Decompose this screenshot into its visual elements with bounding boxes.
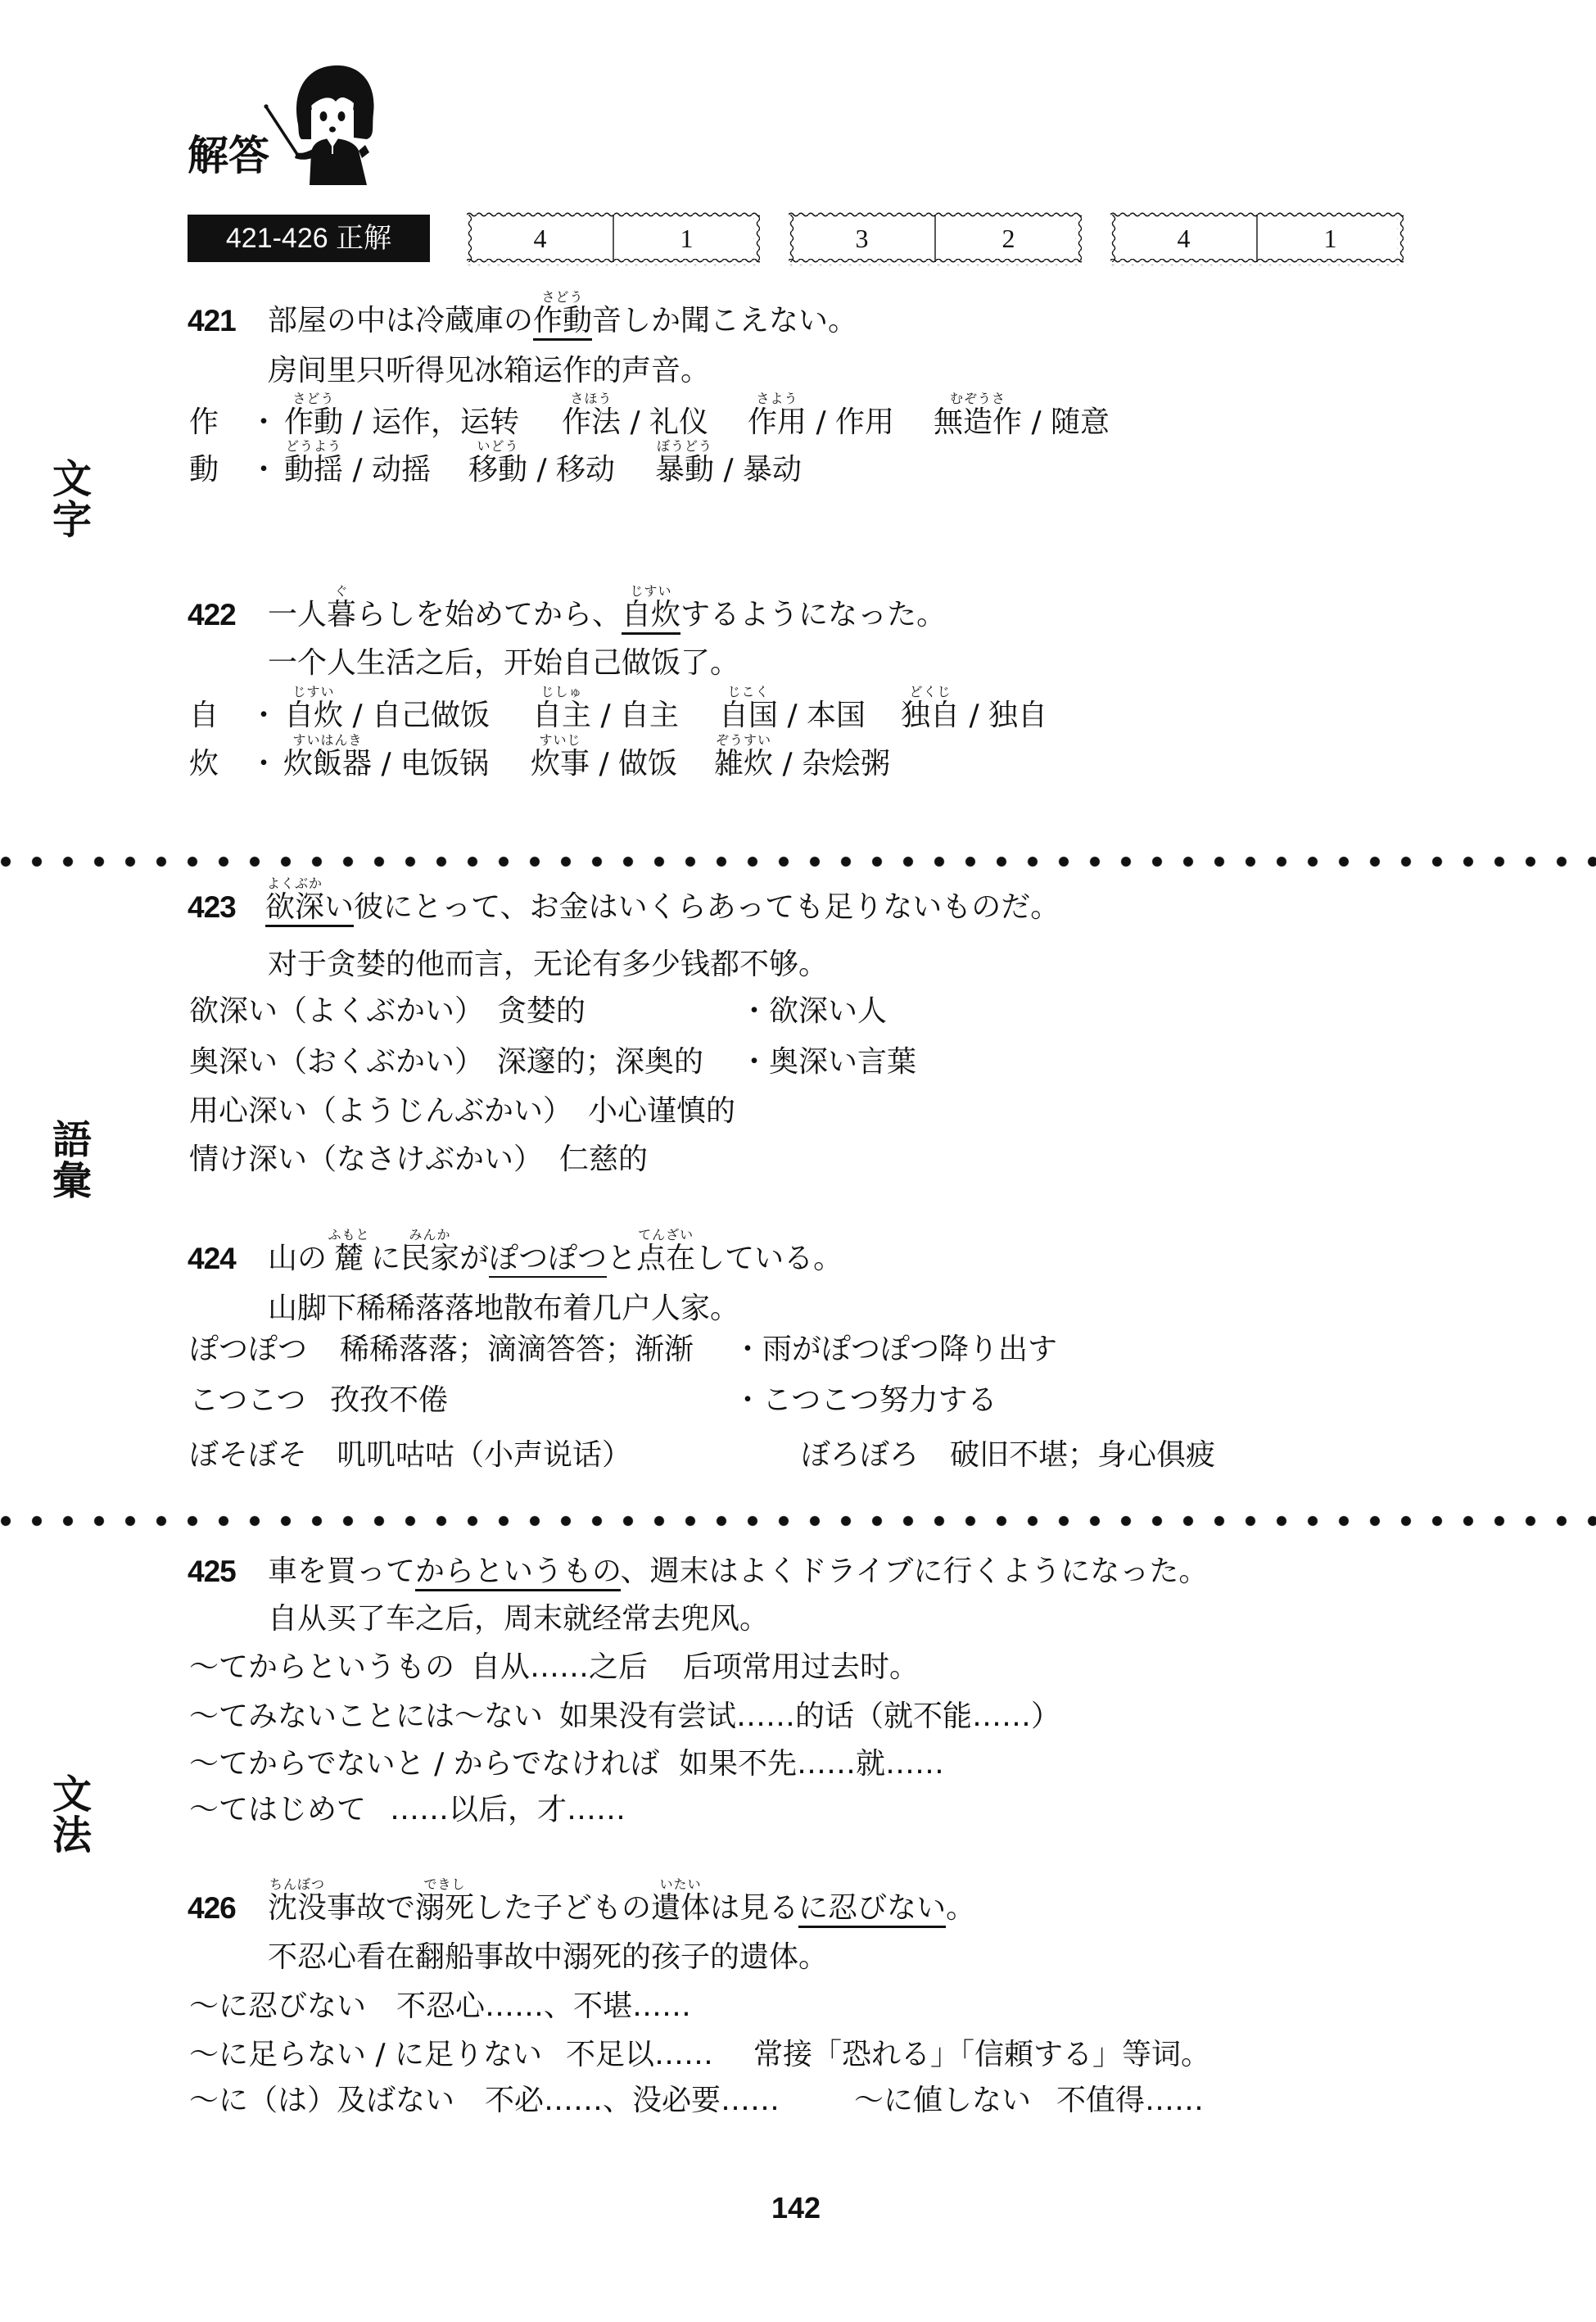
kanji-item: すいじ炊事 / 做饭 bbox=[531, 746, 677, 782]
vocab-example: ・奥深い言葉 bbox=[739, 1044, 916, 1080]
word: 沈没 bbox=[268, 1891, 327, 1925]
meaning: / 独自 bbox=[960, 699, 1047, 732]
kanji-item: どうよう動揺 / 动摇 bbox=[284, 452, 431, 488]
furigana: みんか bbox=[389, 1229, 471, 1242]
chinese-translation: 自从买了车之后，周末就经常去兜风。 bbox=[268, 1601, 769, 1637]
page-heading: 解答 bbox=[188, 131, 269, 180]
furigana: できし bbox=[404, 1878, 486, 1891]
grammar-meaning: 如果不先……就…… bbox=[679, 1746, 944, 1782]
kanji-item: いどう移動 / 移动 bbox=[468, 452, 615, 488]
question-number: 421 bbox=[188, 303, 236, 339]
answer-box-group-1: 4 1 bbox=[467, 211, 760, 265]
target-word: 欲深 bbox=[265, 890, 324, 924]
kanji-item: じすい自炊 / 自己做饭 bbox=[284, 698, 490, 734]
meaning: / 运作，运转 bbox=[343, 405, 519, 439]
meaning: / 随意 bbox=[1022, 405, 1110, 439]
sentence-text: が bbox=[459, 1242, 489, 1275]
sentence-text: に bbox=[371, 1242, 400, 1275]
vocab-meaning: 深邃的；深奥的 bbox=[497, 1044, 703, 1080]
word: 移動 bbox=[468, 453, 527, 487]
furigana: ふもと bbox=[315, 1229, 382, 1242]
grammar-meaning: 不忍心……、不堪…… bbox=[396, 1989, 691, 2025]
word: 点在 bbox=[636, 1242, 695, 1275]
vocab-word: 欲深い（よくぶかい） bbox=[189, 994, 484, 1030]
chinese-translation: 对于贪婪的他而言，无论有多少钱都不够。 bbox=[268, 947, 828, 983]
grammar-meaning: 如果没有尝试……的话（就不能……） bbox=[559, 1699, 1060, 1735]
grammar-meaning: ……以后，才…… bbox=[390, 1792, 626, 1828]
kanji-item: むぞうさ無造作 / 随意 bbox=[934, 405, 1110, 441]
furigana: さどう bbox=[522, 291, 604, 304]
furigana: じすい bbox=[610, 585, 692, 598]
vocab-word: ぼろぼろ bbox=[801, 1437, 919, 1473]
answer-422: 1 bbox=[613, 211, 760, 265]
bullet: ・ bbox=[249, 405, 278, 441]
kanji-item: さよう作用 / 作用 bbox=[748, 405, 894, 441]
teacher-mascot-icon bbox=[262, 61, 377, 187]
kanji-label: 動 bbox=[189, 452, 219, 488]
kanji-label: 炊 bbox=[189, 746, 219, 782]
vocab-meaning: 小心谨慎的 bbox=[588, 1093, 735, 1129]
bullet: ・ bbox=[249, 746, 278, 782]
grammar-meaning: 不必……、没必要…… bbox=[485, 2083, 780, 2119]
furigana: むぞうさ bbox=[922, 392, 1033, 405]
vocab-meaning: 稀稀落落；滴滴答答；渐渐 bbox=[340, 1332, 694, 1368]
meaning: / 动摇 bbox=[343, 453, 431, 487]
furigana: ちんぼつ bbox=[256, 1878, 338, 1891]
target-word: 作動 bbox=[533, 304, 592, 337]
section-label-vocabulary: 語彙 bbox=[51, 1120, 93, 1202]
furigana: すいはんき bbox=[272, 734, 383, 747]
word: 炊事 bbox=[531, 747, 590, 781]
bullet: ・ bbox=[249, 452, 278, 488]
grammar-meaning: 不值得…… bbox=[1056, 2083, 1204, 2119]
question-sentence: 山のふもと麓にみんか民家がぽつぽつとてんざい点在している。 bbox=[268, 1241, 843, 1277]
kanji-item: じこく自国 / 本国 bbox=[719, 698, 866, 734]
chinese-translation: 房间里只听得见冰箱运作的声音。 bbox=[268, 353, 710, 389]
underlined-target: さどう作動 bbox=[533, 304, 592, 341]
word: 暮 bbox=[327, 598, 356, 631]
question-sentence: 一人ぐ暮らしを始めてから、じすい自炊するようになった。 bbox=[268, 597, 946, 633]
grammar-note: 后项常用过去时。 bbox=[683, 1650, 919, 1686]
sentence-text: 部屋の中は冷蔵庫の bbox=[268, 304, 533, 337]
furigana: いどう bbox=[457, 440, 539, 453]
question-number: 423 bbox=[188, 889, 236, 926]
sentence-text: と bbox=[607, 1242, 636, 1275]
grammar-pattern: ～に忍びない bbox=[189, 1989, 366, 2025]
sentence-text: らしを始めてから、 bbox=[356, 598, 622, 631]
word: 自国 bbox=[719, 699, 778, 732]
vocab-meaning: 叽叽咕咕（小声说话） bbox=[337, 1437, 631, 1473]
meaning: / 本国 bbox=[778, 699, 866, 732]
bullet: ・ bbox=[249, 698, 278, 734]
sentence-text: 一人 bbox=[268, 598, 327, 631]
furigana: さどう bbox=[273, 392, 355, 405]
grammar-pattern: ～に値しない bbox=[854, 2083, 1031, 2119]
answer-range-badge: 421-426 正解 bbox=[188, 215, 430, 262]
furigana: さほう bbox=[550, 392, 632, 405]
bullet: ・ bbox=[739, 994, 769, 1028]
vocab-word: ぼそぼそ bbox=[189, 1437, 307, 1473]
grammar-meaning: 不足以…… bbox=[566, 2037, 713, 2073]
word: 民家 bbox=[400, 1242, 459, 1275]
furigana: どうよう bbox=[273, 440, 355, 453]
answer-box-group-3: 4 1 bbox=[1110, 211, 1404, 265]
vocab-word: こつこつ bbox=[189, 1383, 306, 1419]
furigana: さよう bbox=[736, 392, 818, 405]
furigana: ぼうどう bbox=[644, 440, 726, 453]
meaning: / 暴动 bbox=[714, 453, 802, 487]
question-number: 422 bbox=[188, 597, 236, 633]
kanji-item: どくじ独自 / 独自 bbox=[901, 698, 1047, 734]
grammar-pattern: ～に足らない / に足りない bbox=[189, 2037, 542, 2073]
sentence-text: 、週末はよくドライブに行くようになった。 bbox=[621, 1555, 1209, 1588]
question-sentence: よくぶか欲深い彼にとって、お金はいくらあっても足りないものだ。 bbox=[265, 889, 1060, 926]
vocab-example: ・欲深い人 bbox=[739, 994, 887, 1030]
sentence-text: 山の bbox=[268, 1242, 327, 1275]
example-text: 欲深い人 bbox=[769, 994, 887, 1028]
underlined-target: からというもの bbox=[415, 1555, 621, 1591]
word: 遺体 bbox=[651, 1891, 710, 1925]
section-label-characters: 文字 bbox=[51, 459, 93, 541]
answer-range-label: 421-426 正解 bbox=[226, 223, 391, 254]
furigana: じしゅ bbox=[521, 686, 603, 699]
vocab-word: 用心深い（ようじんぶかい） bbox=[189, 1093, 572, 1129]
word: 麓 bbox=[334, 1242, 364, 1275]
target-word: 自炊 bbox=[622, 598, 680, 631]
meaning: / 作用 bbox=[807, 405, 894, 439]
underlined-target: じすい自炊 bbox=[622, 598, 680, 635]
answer-426: 1 bbox=[1257, 211, 1404, 265]
word: 自炊 bbox=[284, 699, 343, 732]
vocab-word: 情け深い（なさけぶかい） bbox=[189, 1142, 543, 1178]
target-word-okurigana: い bbox=[324, 890, 354, 924]
kanji-label: 自 bbox=[189, 698, 219, 734]
answer-box-group-2: 3 2 bbox=[789, 211, 1082, 265]
vocab-example: ・雨がぽつぽつ降り出す bbox=[733, 1332, 1057, 1368]
furigana: どくじ bbox=[889, 686, 971, 699]
bullet: ・ bbox=[733, 1333, 762, 1366]
meaning: / 杂烩粥 bbox=[773, 747, 890, 781]
chinese-translation: 不忍心看在翻船事故中溺死的孩子的遗体。 bbox=[268, 1940, 828, 1976]
word: 無造作 bbox=[934, 405, 1022, 439]
kanji-item: ぞうすい雑炊 / 杂烩粥 bbox=[714, 746, 890, 782]
bullet: ・ bbox=[733, 1383, 762, 1417]
grammar-note: 常接「恐れる」「信頼する」等词。 bbox=[753, 2037, 1210, 2073]
chinese-translation: 一个人生活之后，开始自己做饭了。 bbox=[268, 645, 739, 681]
furigana: ぞうすい bbox=[703, 734, 784, 747]
kanji-item: すいはんき炊飯器 / 电饭锅 bbox=[283, 746, 489, 782]
furigana: すいじ bbox=[519, 734, 601, 747]
sentence-text: している。 bbox=[695, 1242, 843, 1275]
question-sentence: 部屋の中は冷蔵庫のさどう作動音しか聞こえない。 bbox=[268, 303, 857, 339]
answer-425: 4 bbox=[1110, 211, 1257, 265]
word: 作動 bbox=[284, 405, 343, 439]
furigana: じすい bbox=[273, 686, 355, 699]
word: 動揺 bbox=[284, 453, 343, 487]
question-sentence: 車を買ってからというもの、週末はよくドライブに行くようになった。 bbox=[268, 1554, 1208, 1590]
section-label-grammar: 文法 bbox=[51, 1774, 93, 1856]
question-sentence: ちんぼつ沈没事故でできし溺死した子どものいたい遺体は見るに忍びない。 bbox=[268, 1890, 975, 1926]
sentence-text: 事故で bbox=[327, 1891, 415, 1925]
word: 雑炊 bbox=[714, 747, 773, 781]
grammar-pattern: ～てからでないと / からでなければ bbox=[189, 1746, 659, 1782]
furigana: てんざい bbox=[625, 1229, 707, 1242]
meaning: / 自己做饭 bbox=[343, 699, 490, 732]
grammar-pattern: ～に（は）及ばない bbox=[189, 2083, 454, 2119]
grammar-meaning: 自从……之后 bbox=[471, 1650, 648, 1686]
page-number: 142 bbox=[771, 2190, 821, 2226]
grammar-pattern: ～てからというもの bbox=[189, 1650, 454, 1686]
example-text: こつこつ努力する bbox=[762, 1383, 997, 1417]
furigana: いたい bbox=[640, 1878, 721, 1891]
question-number: 424 bbox=[188, 1241, 236, 1277]
chinese-translation: 山脚下稀稀落落地散布着几户人家。 bbox=[268, 1291, 739, 1327]
vocab-meaning: 贪婪的 bbox=[497, 994, 586, 1030]
word: 炊飯器 bbox=[283, 747, 372, 781]
furigana: じこく bbox=[708, 686, 789, 699]
vocab-example: ・こつこつ努力する bbox=[733, 1383, 997, 1419]
sentence-text: 音しか聞こえない。 bbox=[592, 304, 857, 337]
word: 作法 bbox=[562, 405, 621, 439]
word: 溺死 bbox=[415, 1891, 474, 1925]
example-text: 雨がぽつぽつ降り出す bbox=[762, 1333, 1057, 1366]
sentence-text: は見る bbox=[710, 1891, 798, 1925]
meaning: / 自主 bbox=[591, 699, 679, 732]
bullet: ・ bbox=[739, 1045, 769, 1079]
word: 独自 bbox=[901, 699, 960, 732]
sentence-text: 。 bbox=[946, 1891, 975, 1925]
underlined-target: よくぶか欲深い bbox=[265, 890, 354, 927]
sentence-text: するようになった。 bbox=[680, 598, 946, 631]
answer-421: 4 bbox=[467, 211, 613, 265]
meaning: / 做饭 bbox=[590, 747, 677, 781]
vocab-word: 奥深い（おくぶかい） bbox=[189, 1044, 484, 1080]
word: 暴動 bbox=[655, 453, 714, 487]
kanji-item: さどう作動 / 运作，运转 bbox=[284, 405, 519, 441]
grammar-pattern: ～てはじめて bbox=[189, 1792, 366, 1828]
sentence-text: した子どもの bbox=[474, 1891, 651, 1925]
meaning: / 移动 bbox=[527, 453, 615, 487]
vocab-meaning: 仁慈的 bbox=[559, 1142, 648, 1178]
sentence-text: 彼にとって、お金はいくらあっても足りないものだ。 bbox=[354, 890, 1060, 924]
question-number: 426 bbox=[188, 1890, 236, 1926]
grammar-pattern: ～てみないことには～ない bbox=[189, 1699, 543, 1735]
kanji-item: ぼうどう暴動 / 暴动 bbox=[655, 452, 802, 488]
word: 自主 bbox=[532, 699, 591, 732]
vocab-meaning: 孜孜不倦 bbox=[330, 1383, 448, 1419]
meaning: / 电饭锅 bbox=[372, 747, 489, 781]
question-number: 425 bbox=[188, 1554, 236, 1590]
answer-424: 2 bbox=[935, 211, 1082, 265]
sentence-text: 車を買って bbox=[268, 1555, 415, 1588]
kanji-item: じしゅ自主 / 自主 bbox=[532, 698, 679, 734]
underlined-target: に忍びない bbox=[798, 1891, 946, 1928]
kanji-label: 作 bbox=[189, 405, 219, 441]
meaning: / 礼仪 bbox=[621, 405, 708, 439]
dotted-separator bbox=[0, 856, 1596, 867]
dotted-separator bbox=[0, 1515, 1596, 1527]
furigana: ぐ bbox=[315, 585, 368, 598]
underlined-target: ぽつぽつ bbox=[489, 1242, 607, 1278]
answer-423: 3 bbox=[789, 211, 935, 265]
furigana: よくぶか bbox=[254, 877, 336, 890]
kanji-item: さほう作法 / 礼仪 bbox=[562, 405, 708, 441]
word: 作用 bbox=[748, 405, 807, 439]
vocab-meaning: 破旧不堪；身心俱疲 bbox=[950, 1437, 1215, 1473]
example-text: 奥深い言葉 bbox=[769, 1045, 916, 1079]
vocab-word: ぽつぽつ bbox=[189, 1332, 307, 1368]
